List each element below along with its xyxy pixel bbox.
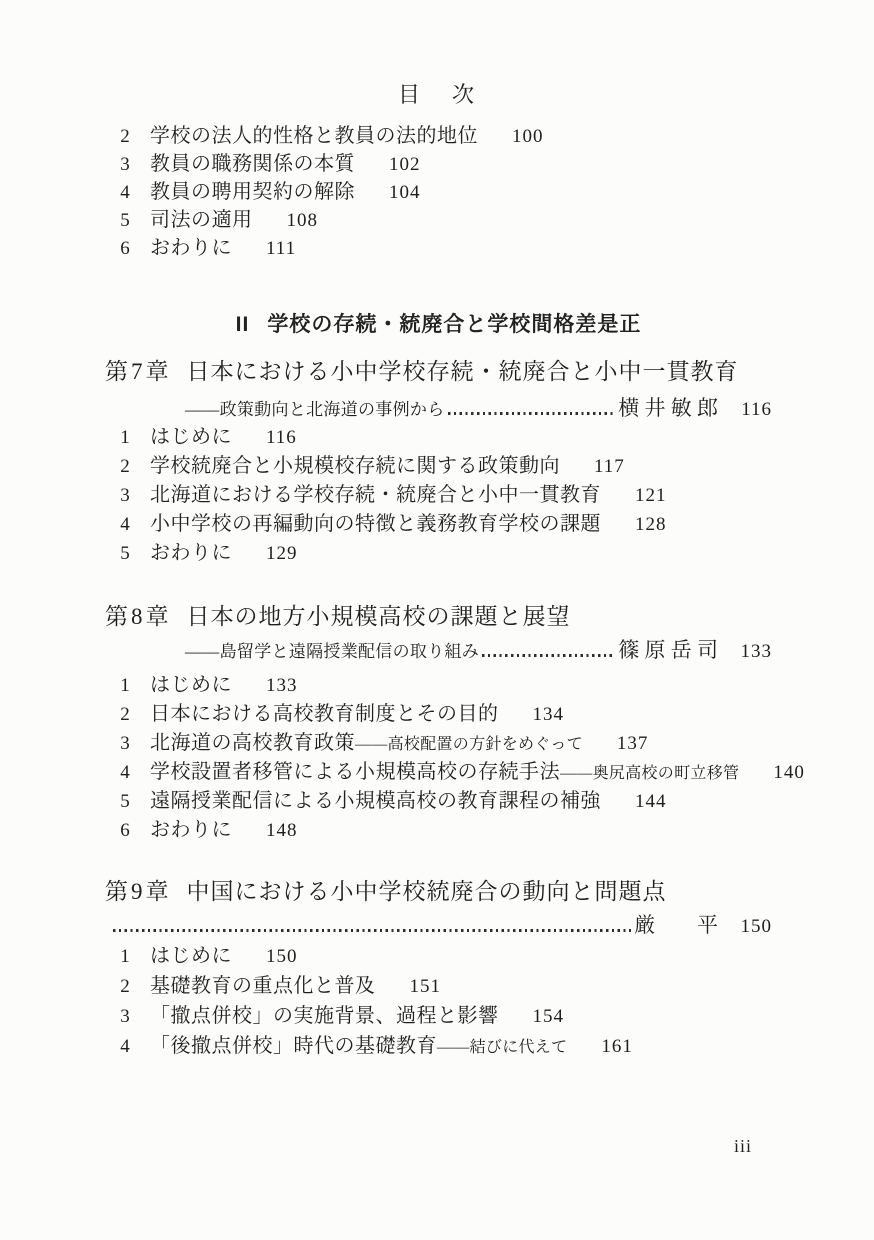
item-label: 司法の適用 — [150, 206, 253, 234]
item-page-number: 161 — [601, 1032, 633, 1062]
item-number: 2 — [117, 700, 133, 729]
toc-item: 4学校設置者移管による小規模高校の存続手法——奥尻高校の町立移管140 — [105, 758, 772, 787]
toc-item: 5おわりに129 — [105, 539, 772, 568]
item-number: 4 — [117, 1032, 133, 1062]
item-label: 基礎教育の重点化と普及 — [150, 971, 376, 1001]
item-label: はじめに — [150, 941, 232, 971]
chapter-item-list: 1はじめに150 2基礎教育の重点化と普及151 3「撤点併校」の実施背景、過程… — [105, 941, 772, 1061]
item-page-number: 128 — [635, 510, 667, 539]
item-number: 4 — [117, 179, 133, 207]
item-page-number: 144 — [635, 787, 667, 816]
item-page-number: 134 — [533, 700, 565, 729]
chapter-title: 日本における小中学校存続・統廃合と小中一貫教育 — [187, 359, 739, 384]
toc-item: 4「後撤点併校」時代の基礎教育——結びに代えて161 — [105, 1031, 772, 1061]
item-label: 「後撤点併校」時代の基礎教育 — [150, 1031, 437, 1061]
item-number: 2 — [117, 452, 133, 481]
item-number: 1 — [117, 942, 133, 972]
toc-item: 1はじめに150 — [105, 941, 772, 971]
toc-item: 6おわりに148 — [105, 816, 772, 845]
item-page-number: 133 — [266, 671, 298, 700]
item-page-number: 108 — [287, 207, 319, 235]
toc-item: 5遠隔授業配信による小規模高校の教育課程の補強144 — [105, 787, 772, 816]
item-number: 3 — [117, 481, 133, 510]
item-label: 北海道の高校教育政策 — [150, 729, 355, 758]
chapter-page-number: 116 — [724, 395, 772, 425]
toc-item: 5司法の適用108 — [105, 206, 772, 234]
item-number: 6 — [117, 816, 133, 845]
item-number: 2 — [117, 123, 133, 151]
item-page-number: 104 — [389, 179, 421, 207]
chapter-author: 厳 平 — [634, 910, 718, 940]
item-number: 3 — [117, 151, 133, 179]
dot-leader — [113, 929, 631, 932]
toc-item: 1はじめに116 — [105, 423, 772, 452]
item-number: 2 — [117, 972, 133, 1002]
item-number: 3 — [117, 1002, 133, 1032]
item-label: おわりに — [150, 234, 232, 262]
item-page-number: 140 — [773, 758, 805, 787]
part-numeral: II — [236, 313, 250, 336]
item-number: 1 — [117, 423, 133, 452]
item-label: 学校設置者移管による小規模高校の存続手法 — [150, 758, 560, 787]
item-page-number: 100 — [512, 123, 544, 151]
toc-item: 3北海道の高校教育政策——高校配置の方針をめぐって137 — [105, 729, 772, 758]
toc-item: 2基礎教育の重点化と普及151 — [105, 971, 772, 1001]
item-page-number: 102 — [389, 151, 421, 179]
item-label: 北海道における学校存続・統廃合と小中一貫教育 — [150, 481, 601, 510]
item-page-number: 151 — [410, 972, 442, 1002]
toc-item: 4教員の聘用契約の解除104 — [105, 178, 772, 206]
toc-item: 1はじめに133 — [105, 671, 772, 700]
chapter-author-line: ——島留学と遠隔授業配信の取り組み 篠 原 岳 司 133 — [105, 635, 772, 665]
item-label: 小中学校の再編動向の特徴と義務教育学校の課題 — [150, 510, 601, 539]
item-page-number: 129 — [266, 539, 298, 568]
chapter-item-list: 1はじめに116 2学校統廃合と小規模校存続に関する政策動向117 3北海道にお… — [105, 423, 772, 568]
item-number: 5 — [117, 539, 133, 568]
toc-page: 目 次 2学校の法人的性格と教員の法的地位100 3教員の職務関係の本質102 … — [0, 0, 874, 1240]
chapter-title: 日本の地方小規模高校の課題と展望 — [187, 604, 571, 629]
item-page-number: 116 — [266, 423, 297, 452]
item-page-number: 137 — [617, 729, 649, 758]
chapter-page-number: 150 — [724, 912, 772, 942]
item-number: 3 — [117, 729, 133, 758]
chapter-title: 中国における小中学校統廃合の動向と問題点 — [187, 879, 667, 904]
toc-item: 2学校の法人的性格と教員の法的地位100 — [105, 122, 772, 150]
toc-item: 4小中学校の再編動向の特徴と義務教育学校の課題128 — [105, 510, 772, 539]
chapter-heading: 第9章中国における小中学校統廃合の動向と問題点 — [105, 876, 772, 908]
chapter-page-number: 133 — [724, 637, 772, 667]
chapter-author: 篠 原 岳 司 — [618, 635, 718, 665]
front-item-list: 2学校の法人的性格と教員の法的地位100 3教員の職務関係の本質102 4教員の… — [105, 122, 772, 262]
item-number: 1 — [117, 671, 133, 700]
item-sub-label: ——高校配置の方針をめぐって — [355, 730, 583, 759]
item-sub-label: ——奥尻高校の町立移管 — [560, 759, 739, 788]
item-label: 学校の法人的性格と教員の法的地位 — [150, 122, 478, 150]
chapter-author-line: ——政策動向と北海道の事例から 横 井 敏 郎 116 — [105, 393, 772, 423]
item-label: 学校統廃合と小規模校存続に関する政策動向 — [150, 452, 560, 481]
page-folio: iii — [734, 1136, 752, 1157]
item-label: 「撤点併校」の実施背景、過程と影響 — [150, 1001, 499, 1031]
chapter-subtitle: ——政策動向と北海道の事例から — [185, 395, 445, 425]
item-page-number: 148 — [266, 816, 298, 845]
item-number: 6 — [117, 235, 133, 263]
chapter-author: 横 井 敏 郎 — [618, 393, 718, 423]
item-number: 4 — [117, 758, 133, 787]
item-label: おわりに — [150, 816, 232, 845]
chapter-heading: 第8章日本の地方小規模高校の課題と展望 — [105, 601, 772, 633]
item-page-number: 150 — [266, 942, 298, 972]
toc-item: 3北海道における学校存続・統廃合と小中一貫教育121 — [105, 481, 772, 510]
chapter-heading: 第7章日本における小中学校存続・統廃合と小中一貫教育 — [105, 356, 772, 388]
item-label: はじめに — [150, 423, 232, 452]
chapter-label: 第7章 — [105, 359, 172, 384]
chapter-label: 第8章 — [105, 604, 172, 629]
item-page-number: 117 — [594, 452, 625, 481]
toc-item: 3教員の職務関係の本質102 — [105, 150, 772, 178]
dot-leader — [482, 654, 615, 657]
item-page-number: 121 — [635, 481, 667, 510]
toc-item: 2日本における高校教育制度とその目的134 — [105, 700, 772, 729]
item-page-number: 111 — [266, 235, 296, 263]
item-label: はじめに — [150, 671, 232, 700]
item-page-number: 154 — [533, 1002, 565, 1032]
item-number: 5 — [117, 207, 133, 235]
item-label: 教員の職務関係の本質 — [150, 150, 355, 178]
item-label: 遠隔授業配信による小規模高校の教育課程の補強 — [150, 787, 601, 816]
item-label: 日本における高校教育制度とその目的 — [150, 700, 499, 729]
chapter-author-line: 厳 平 150 — [105, 910, 772, 940]
chapter-item-list: 1はじめに133 2日本における高校教育制度とその目的134 3北海道の高校教育… — [105, 671, 772, 845]
chapter-label: 第9章 — [105, 879, 172, 904]
toc-item: 2学校統廃合と小規模校存続に関する政策動向117 — [105, 452, 772, 481]
part-title: 学校の存続・統廃合と学校間格差是正 — [267, 313, 641, 336]
part-heading: II学校の存続・統廃合と学校間格差是正 — [105, 310, 772, 340]
chapter-subtitle: ——島留学と遠隔授業配信の取り組み — [185, 637, 479, 667]
toc-item: 6おわりに111 — [105, 234, 772, 262]
toc-item: 3「撤点併校」の実施背景、過程と影響154 — [105, 1001, 772, 1031]
dot-leader — [448, 412, 616, 415]
item-number: 5 — [117, 787, 133, 816]
item-label: おわりに — [150, 539, 232, 568]
item-number: 4 — [117, 510, 133, 539]
item-sub-label: ——結びに代えて — [437, 1033, 567, 1063]
page-title: 目 次 — [105, 81, 772, 109]
item-label: 教員の聘用契約の解除 — [150, 178, 355, 206]
